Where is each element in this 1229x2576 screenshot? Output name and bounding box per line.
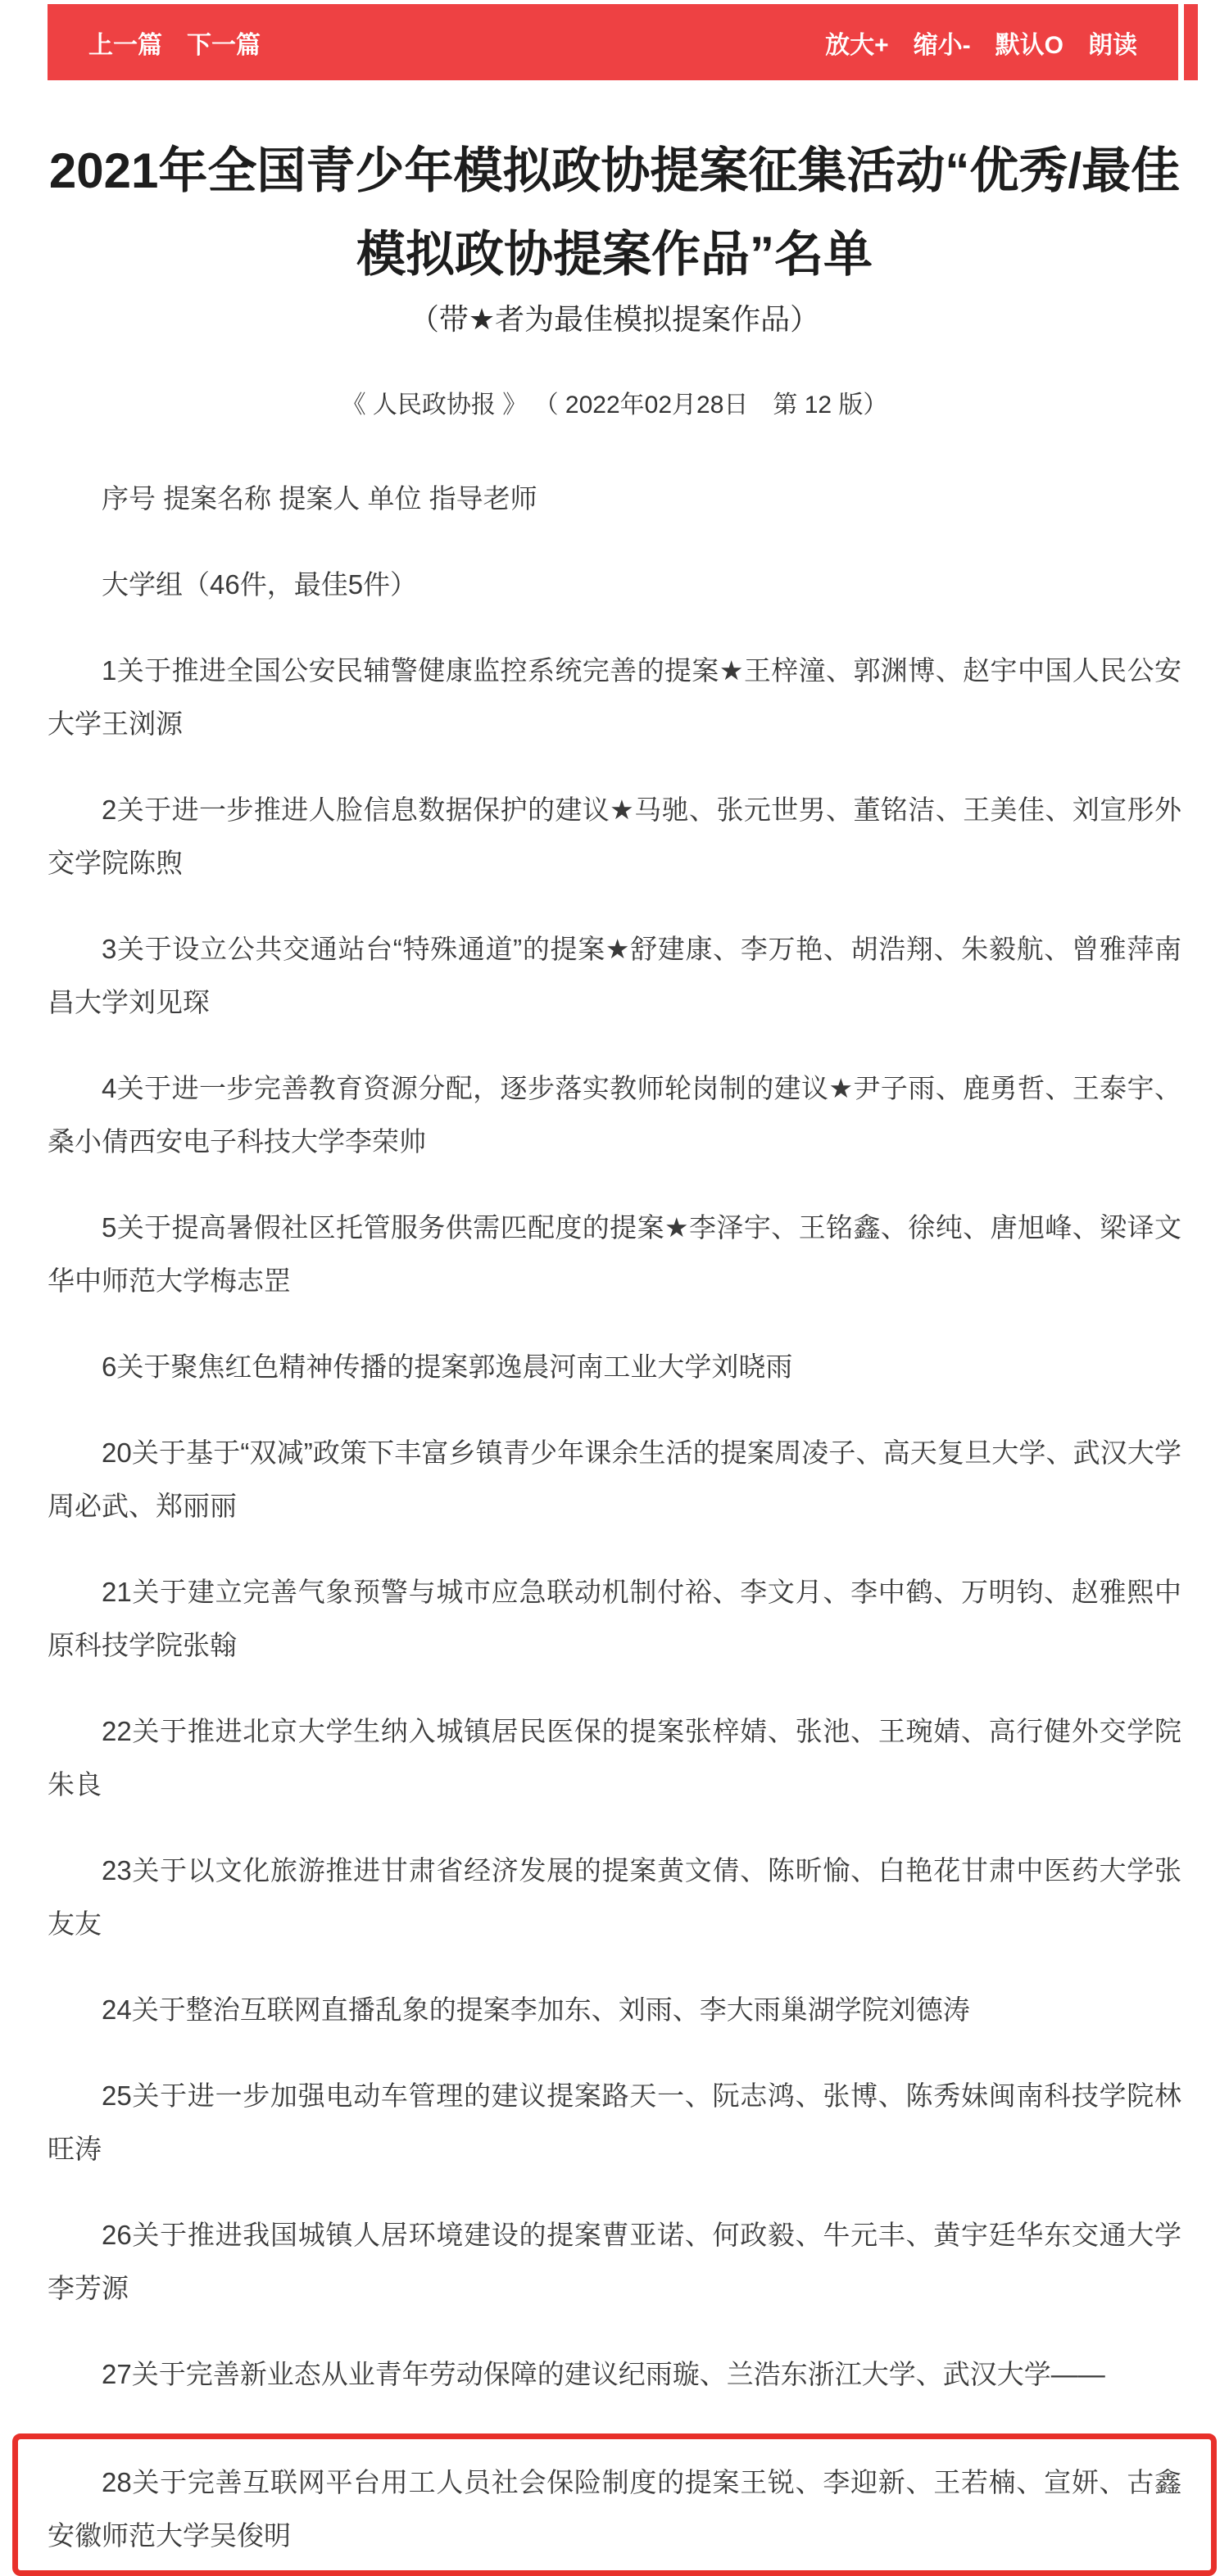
list-item: 21关于建立完善气象预警与城市应急联动机制付裕、李文月、李中鹤、万明钧、赵雅熙中… xyxy=(48,1565,1181,1672)
article-body: 序号 提案名称 提案人 单位 指导老师 大学组（46件，最佳5件） 1关于推进全… xyxy=(48,472,1181,2576)
read-aloud-button[interactable]: 朗读 xyxy=(1088,25,1137,61)
page-title: 2021年全国青少年模拟政协提案征集活动“优秀/最佳模拟政协提案作品”名单 xyxy=(41,129,1188,297)
list-item: 4关于进一步完善教育资源分配，逐步落实教师轮岗制的建议★尹子雨、鹿勇哲、王泰宇、… xyxy=(48,1062,1181,1168)
toolbar-nav-group: 上一篇 下一篇 xyxy=(88,25,261,61)
toolbar-tools-group: 放大+ 缩小- 默认O 朗读 xyxy=(825,25,1137,61)
highlight-box: 28关于完善互联网平台用工人员社会保险制度的提案王锐、李迎新、王若楠、宣妍、古鑫… xyxy=(12,2433,1217,2576)
list-item: 2关于进一步推进人脸信息数据保护的建议★马驰、张元世男、董铭洁、王美佳、刘宣彤外… xyxy=(48,783,1181,890)
columns-header-line: 序号 提案名称 提案人 单位 指导老师 xyxy=(48,472,1181,525)
list-item: 26关于推进我国城镇人居环境建设的提案曹亚诺、何政毅、牛元丰、黄宇廷华东交通大学… xyxy=(48,2208,1181,2315)
next-article-link[interactable]: 下一篇 xyxy=(187,25,261,61)
zoom-out-button[interactable]: 缩小- xyxy=(914,25,971,61)
list-item: 20关于基于“双减”政策下丰富乡镇青少年课余生活的提案周凌子、高天复旦大学、武汉… xyxy=(48,1426,1181,1532)
highlighted-list-item: 28关于完善互联网平台用工人员社会保险制度的提案王锐、李迎新、王若楠、宣妍、古鑫… xyxy=(48,2456,1181,2562)
group-heading: 大学组（46件，最佳5件） xyxy=(48,558,1181,611)
list-item: 24关于整治互联网直播乱象的提案李加东、刘雨、李大雨巢湖学院刘德涛 xyxy=(48,1983,1181,2036)
prev-article-link[interactable]: 上一篇 xyxy=(88,25,162,61)
toolbar-edge-strip xyxy=(1184,4,1198,80)
list-item: 6关于聚焦红色精神传播的提案郭逸晨河南工业大学刘晓雨 xyxy=(48,1340,1181,1393)
reading-toolbar: 上一篇 下一篇 放大+ 缩小- 默认O 朗读 xyxy=(48,4,1178,80)
default-size-button[interactable]: 默认O xyxy=(995,25,1063,61)
list-item: 23关于以文化旅游推进甘肃省经济发展的提案黄文倩、陈昕愉、白艳花甘肃中医药大学张… xyxy=(48,1844,1181,1950)
list-item: 3关于设立公共交通站台“特殊通道”的提案★舒建康、李万艳、胡浩翔、朱毅航、曾雅萍… xyxy=(48,922,1181,1029)
zoom-in-button[interactable]: 放大+ xyxy=(825,25,889,61)
list-item: 1关于推进全国公安民辅警健康监控系统完善的提案★王梓潼、郭渊博、赵宇中国人民公安… xyxy=(48,644,1181,750)
list-item: 25关于进一步加强电动车管理的建议提案路天一、阮志鸿、张博、陈秀妹闽南科技学院林… xyxy=(48,2069,1181,2175)
list-item: 5关于提高暑假社区托管服务供需匹配度的提案★李泽宇、王铭鑫、徐纯、唐旭峰、梁译文… xyxy=(48,1201,1181,1307)
page-subtitle: （带★者为最佳模拟提案作品） xyxy=(0,298,1229,341)
list-item: 22关于推进北京大学生纳入城镇居民医保的提案张梓婧、张池、王琬婧、高行健外交学院… xyxy=(48,1705,1181,1811)
source-line: 《 人民政协报 》 （ 2022年02月28日 第 12 版） xyxy=(0,388,1229,423)
list-item: 27关于完善新业态从业青年劳动保障的建议纪雨璇、兰浩东浙江大学、武汉大学—— xyxy=(48,2347,1181,2401)
